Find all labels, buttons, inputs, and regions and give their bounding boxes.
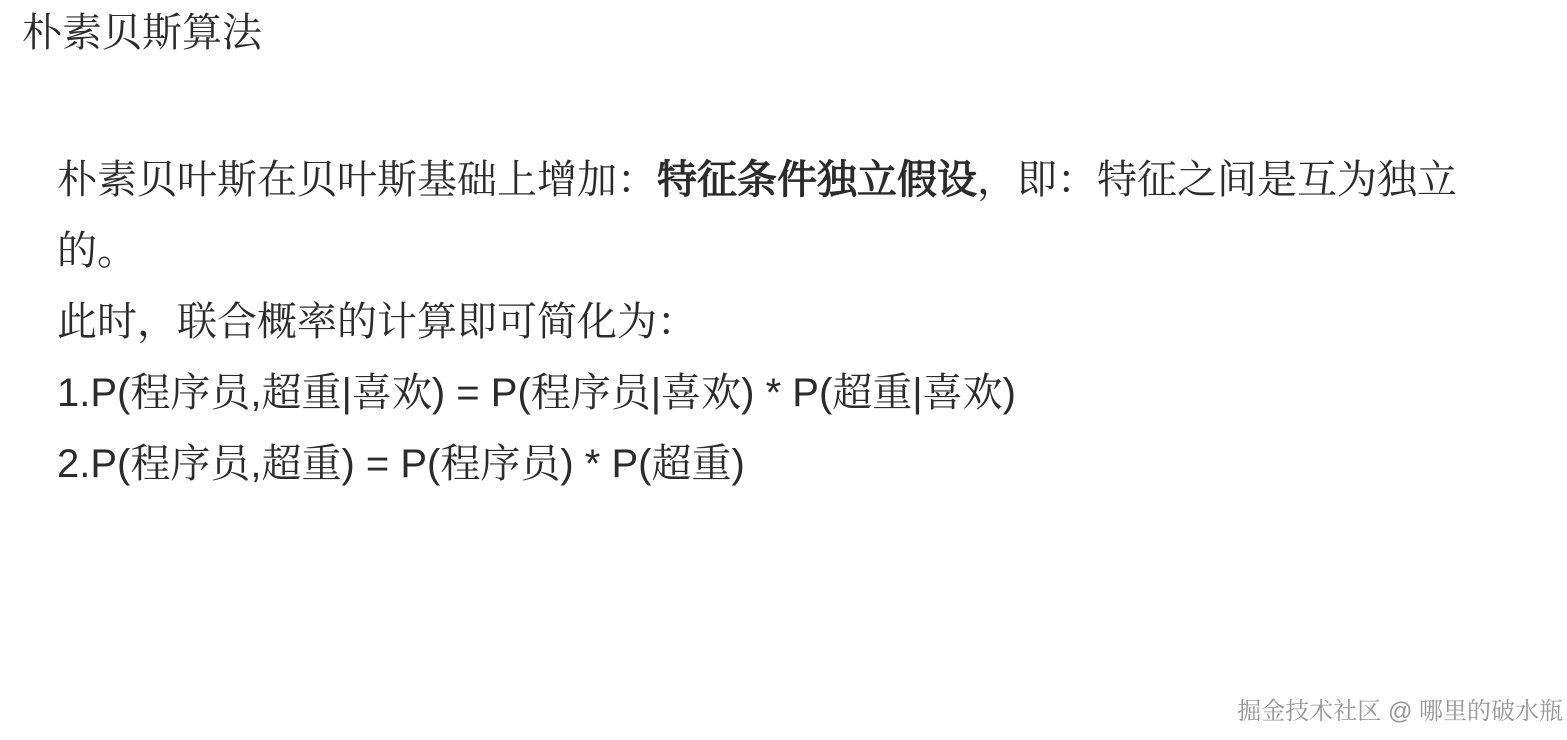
text-run: ，即：特征之间是互为独立 [977, 158, 1457, 202]
formula-line-2: 2.P(程序员,超重) = P(程序员) * P(超重) [57, 429, 1457, 500]
article-page: 朴素贝斯算法 朴素贝叶斯在贝叶斯基础上增加：特征条件独立假设，即：特征之间是互为… [0, 0, 1567, 740]
bold-text-run: 特征条件独立假设 [657, 158, 977, 202]
text-run: 的。 [57, 229, 137, 273]
text-run: 此时，联合概率的计算即可简化为： [57, 300, 697, 344]
watermark: 掘金技术社区 @ 哪里的破水瓶 [1237, 697, 1563, 727]
paragraph-line-1: 朴素贝叶斯在贝叶斯基础上增加：特征条件独立假设，即：特征之间是互为独立 [57, 145, 1457, 216]
intro-line: 此时，联合概率的计算即可简化为： [57, 287, 1457, 358]
formula-text: 1.P(程序员,超重|喜欢) = P(程序员|喜欢) * P(超重|喜欢) [57, 371, 1016, 415]
article-body: 朴素贝叶斯在贝叶斯基础上增加：特征条件独立假设，即：特征之间是互为独立 的。 此… [57, 145, 1457, 500]
text-run: 朴素贝叶斯在贝叶斯基础上增加： [57, 158, 657, 202]
paragraph-line-2: 的。 [57, 216, 1457, 287]
article-title: 朴素贝斯算法 [22, 9, 262, 57]
formula-line-1: 1.P(程序员,超重|喜欢) = P(程序员|喜欢) * P(超重|喜欢) [57, 358, 1457, 429]
formula-text: 2.P(程序员,超重) = P(程序员) * P(超重) [57, 442, 745, 486]
